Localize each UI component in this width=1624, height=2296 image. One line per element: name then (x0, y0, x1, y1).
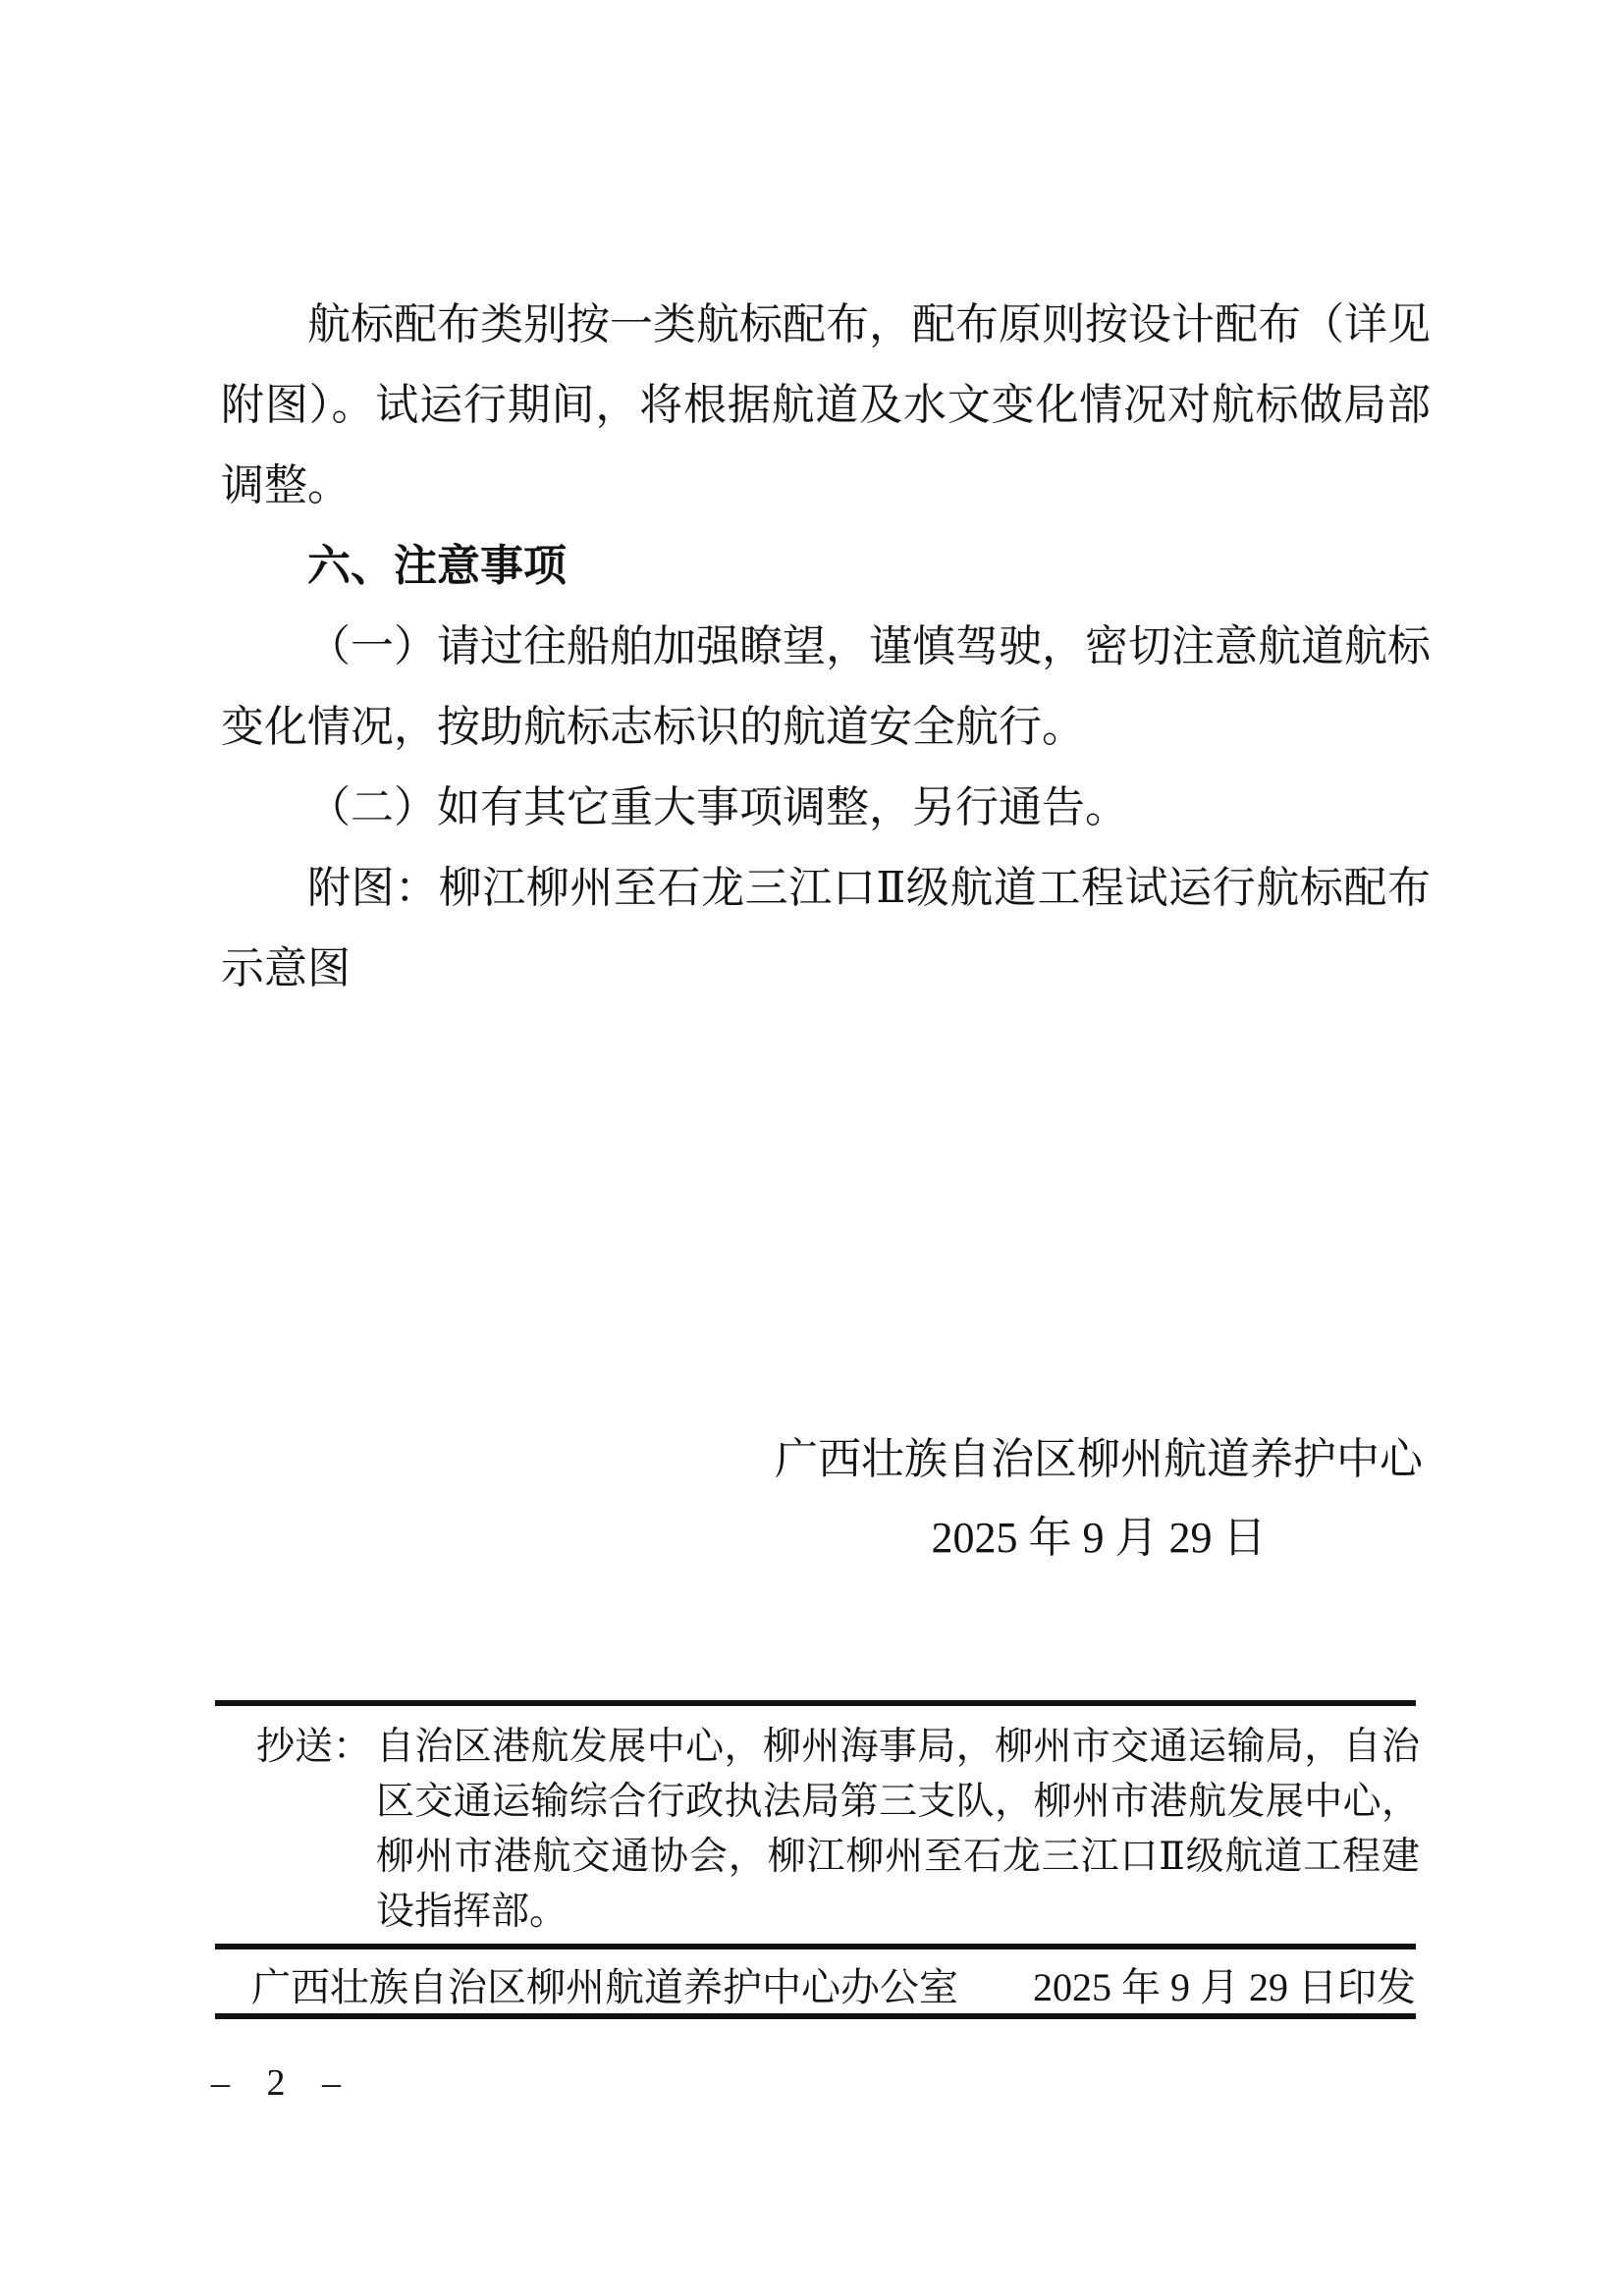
copy-to-label: 抄送： (256, 1720, 376, 1775)
page-number: – 2 – (211, 2061, 354, 2105)
note-item-2: （二）如有其它重大事项调整，另行通告。 (221, 768, 1431, 848)
separator-line-top (215, 1700, 1416, 1706)
issuing-office: 广西壮族自治区柳州航道养护中心办公室 (251, 1963, 958, 2012)
section-heading-notes: 六、注意事项 (221, 526, 1431, 607)
issuing-organization: 广西壮族自治区柳州航道养护中心 (775, 1425, 1423, 1494)
attachment-note: 附图：柳江柳州至石龙三江口Ⅱ级航道工程试运行航标配布示意图 (221, 848, 1431, 1009)
separator-line-bottom (215, 2013, 1416, 2019)
document-body: 航标配布类别按一类航标配布，配布原则按设计配布（详见附图）。试运行期间，将根据航… (221, 285, 1431, 1009)
copy-distribution-block: 抄送： 自治区港航发展中心，柳州海事局，柳州市交通运输局，自治区交通运输综合行政… (256, 1720, 1420, 1940)
paragraph-buoy-deployment: 航标配布类别按一类航标配布，配布原则按设计配布（详见附图）。试运行期间，将根据航… (221, 285, 1431, 526)
note-item-1: （一）请过往船舶加强瞭望，谨慎驾驶，密切注意航道航标变化情况，按助航标志标识的航… (221, 607, 1431, 768)
print-date: 2025 年 9 月 29 日印发 (1033, 1963, 1416, 2012)
document-page: 航标配布类别按一类航标配布，配布原则按设计配布（详见附图）。试运行期间，将根据航… (0, 0, 1624, 2296)
copy-to-recipients: 自治区港航发展中心，柳州海事局，柳州市交通运输局，自治区交通运输综合行政执法局第… (376, 1720, 1420, 1940)
issue-date: 2025 年 9 月 29 日 (775, 1504, 1423, 1573)
signature-block: 广西壮族自治区柳州航道养护中心 2025 年 9 月 29 日 (775, 1425, 1423, 1573)
imprint-row: 广西壮族自治区柳州航道养护中心办公室 2025 年 9 月 29 日印发 (251, 1963, 1416, 2012)
separator-line-middle (215, 1944, 1416, 1949)
